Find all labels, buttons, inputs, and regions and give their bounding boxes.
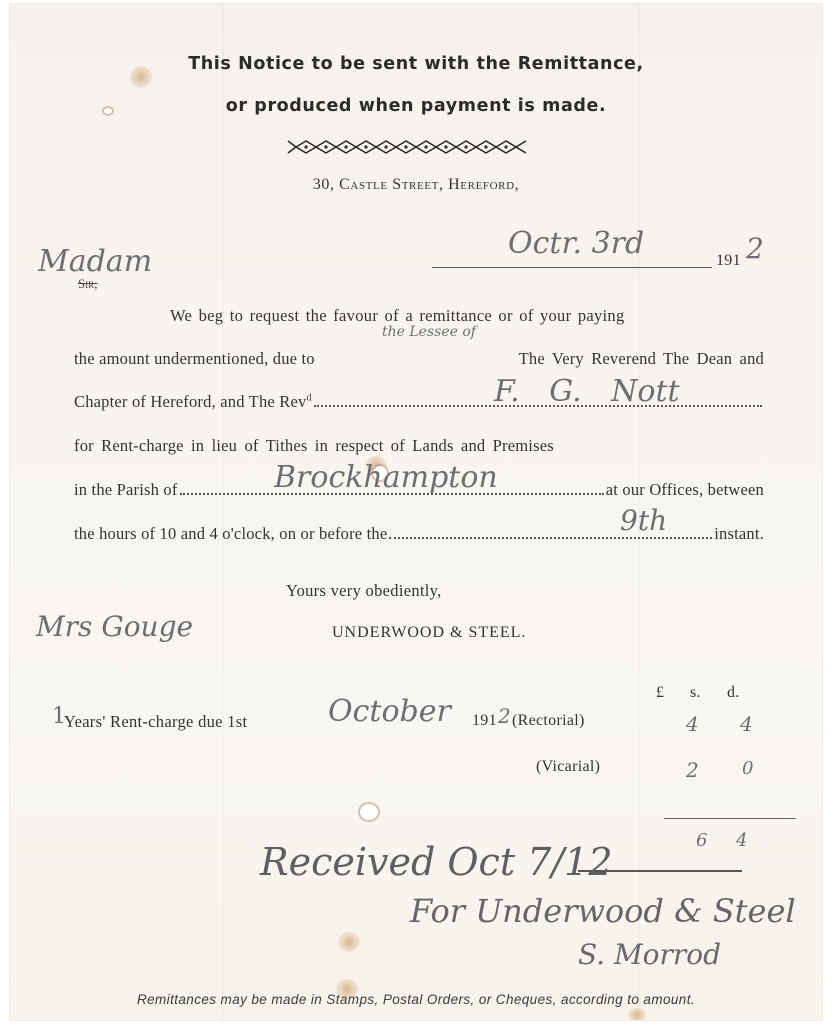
- reverend-name-handwritten: F. G. Nott: [494, 374, 680, 409]
- body-line-2-prefix: the amount undermentioned, due to: [74, 349, 315, 369]
- body-line-4: for Rent-charge in lieu of Tithes in res…: [74, 436, 764, 456]
- salutation-handwritten: Madam: [38, 244, 152, 279]
- body-line-1: We beg to request the favour of a remitt…: [170, 306, 625, 326]
- vicarial-pence: 0: [742, 758, 753, 779]
- column-pounds: £: [656, 684, 664, 702]
- rectorial-shillings: 4: [686, 712, 699, 736]
- body-line-3-prefix: Chapter of Hereford, and The Revd: [74, 392, 312, 412]
- parish-handwritten: Brockhampton: [274, 460, 498, 495]
- column-shillings: s.: [690, 684, 701, 702]
- body-line-6-suffix: instant.: [714, 524, 764, 544]
- rust-stain: [338, 932, 360, 952]
- charge-year-printed: 191: [472, 712, 497, 730]
- vicarial-shillings: 2: [686, 758, 699, 782]
- closing: Yours very obediently,: [286, 581, 442, 601]
- total-rule: [664, 818, 796, 819]
- total-shillings: 6: [696, 830, 707, 851]
- rent-charge-label: Years' Rent-charge due 1st: [64, 712, 247, 732]
- body-line-5-suffix: at our Offices, between: [606, 480, 764, 500]
- notice-paper: This Notice to be sent with the Remittan…: [10, 4, 822, 1020]
- notice-heading-line1: This Notice to be sent with the Remittan…: [10, 54, 822, 74]
- salutation-printed-struck: Sir,: [78, 276, 97, 292]
- column-pence: d.: [727, 684, 740, 702]
- date-underline: [432, 267, 712, 268]
- body-line-5-prefix: in the Parish of: [74, 480, 178, 500]
- addressee-handwritten: Mrs Gouge: [36, 610, 193, 643]
- rust-stain: [628, 1008, 646, 1020]
- sender-address: 30, Castle Street, Hereford,: [10, 176, 822, 194]
- charge-year-handwritten: 2: [498, 704, 511, 728]
- firm-name: UNDERWOOD & STEEL.: [332, 624, 526, 642]
- diamond-chain-ornament-icon: [286, 137, 536, 157]
- deadline-handwritten: 9th: [620, 504, 667, 537]
- notice-heading-line2: or produced when payment is made.: [10, 96, 822, 116]
- vicarial-label: (Vicarial): [536, 758, 600, 776]
- rectorial-label: (Rectorial): [512, 712, 585, 730]
- remittance-footer-note: Remittances may be made in Stamps, Posta…: [10, 992, 822, 1007]
- signed-for-handwritten: For Underwood & Steel: [410, 892, 796, 930]
- total-pence: 4: [736, 830, 747, 851]
- rectorial-pence: 4: [740, 712, 753, 736]
- signature-handwritten: S. Morrod: [578, 938, 721, 971]
- pin-hole: [360, 804, 378, 820]
- body-line-2-suffix: The Very Reverend The Dean and: [519, 349, 764, 369]
- received-handwritten: Received Oct 7/12: [260, 840, 613, 884]
- body-line-6-prefix: the hours of 10 and 4 o'clock, on or bef…: [74, 524, 387, 544]
- date-year-printed: 191: [716, 252, 741, 270]
- month-handwritten: October: [328, 694, 451, 729]
- body-line-2: the amount undermentioned, due to The Ve…: [74, 349, 764, 369]
- insertion-handwritten: the Lessee of: [382, 324, 476, 340]
- date-handwritten: Octr. 3rd: [508, 226, 644, 261]
- vertical-fold: [222, 4, 224, 1020]
- fold-line: [10, 645, 822, 648]
- date-year-handwritten: 2: [746, 232, 764, 265]
